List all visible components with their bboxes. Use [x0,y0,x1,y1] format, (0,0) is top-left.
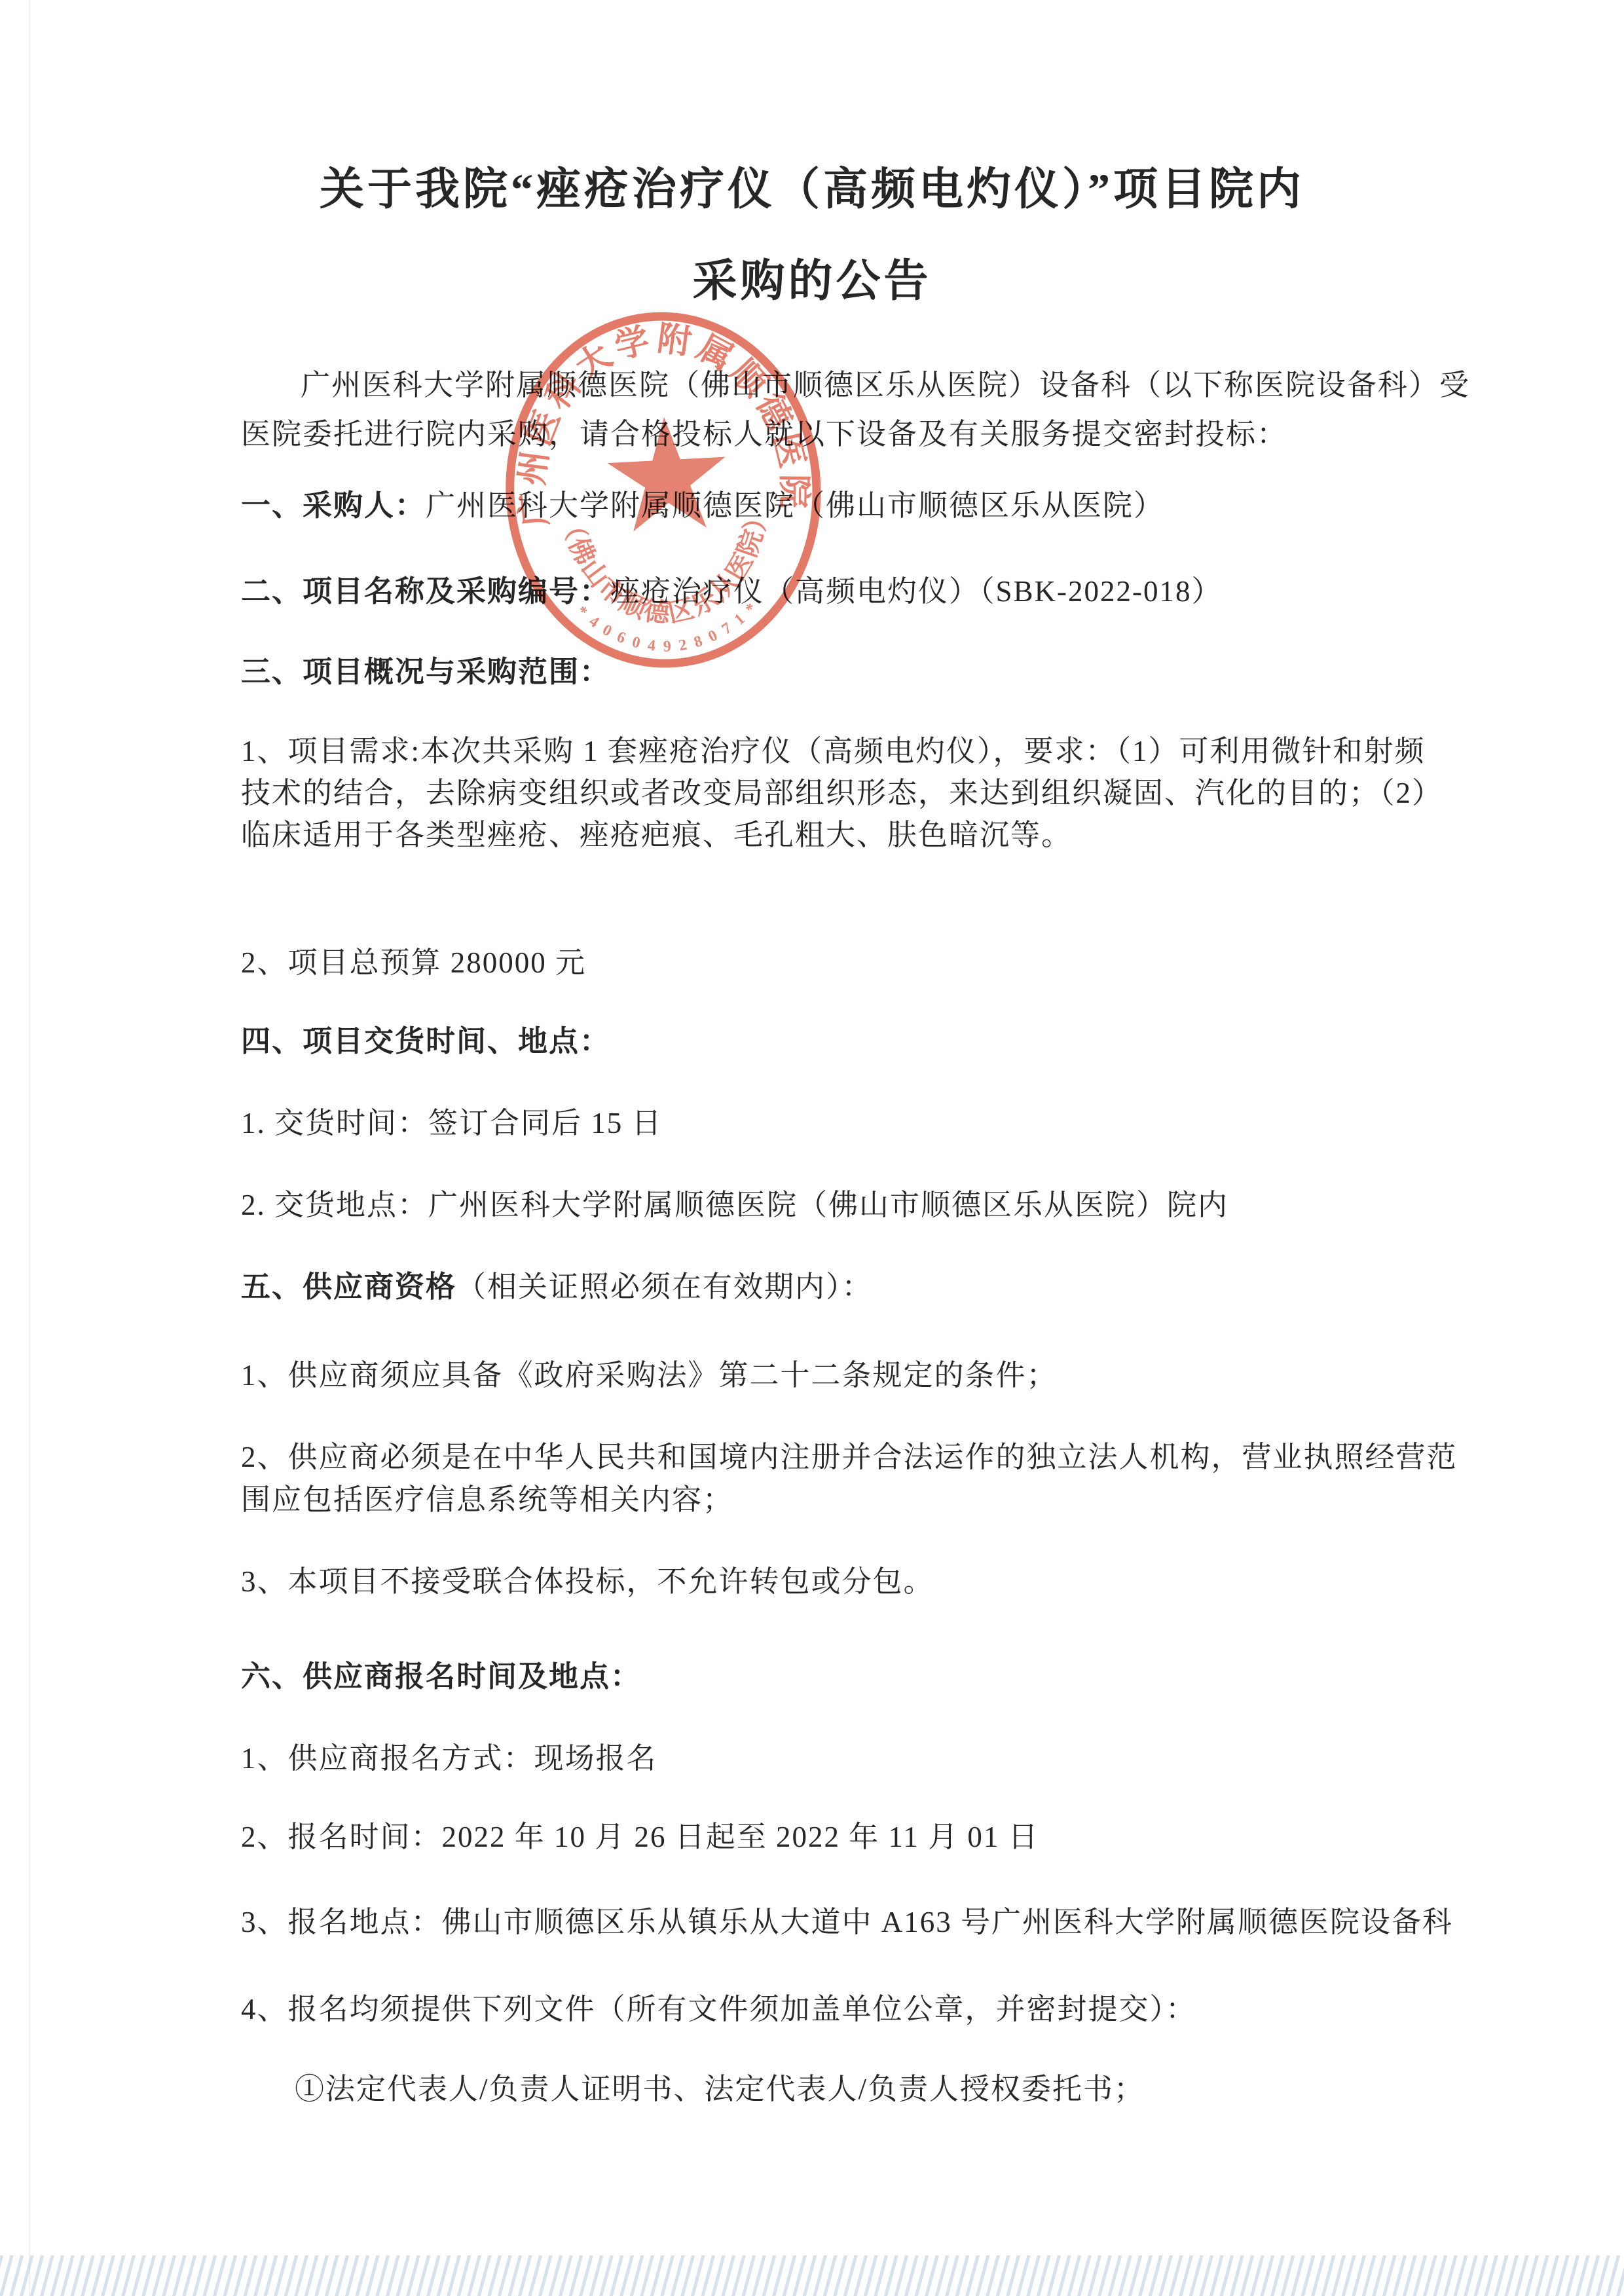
section-5-label-suffix: （相关证照必须在有效期内）： [456,1270,873,1303]
document-page: 关于我院“痤疮治疗仪（高频电灼仪）”项目院内 采购的公告 广州医科大学附属顺德医… [0,0,1624,2296]
seal-star-icon [605,414,729,532]
section-3-item-2-budget: 2、项目总预算 280000 元 [241,942,586,984]
scan-edge-artifact [29,0,30,2296]
section-6-item-4-sub-1: ①法定代表人/负责人证明书、法定代表人/负责人授权委托书； [295,2068,1145,2110]
section-1-label: 一、采购人： [241,489,426,522]
section-3-item-1-line-2: 技术的结合，去除病变组织或者改变局部组织形态，来达到组织凝固、汽化的目的；（2） [241,772,1443,814]
page-title-line-1: 关于我院“痤疮治疗仪（高频电灼仪）”项目院内 [0,159,1624,219]
scan-bottom-stripe-artifact [0,2255,1624,2296]
section-5-item-2-line-2: 围应包括医疗信息系统等相关内容； [241,1479,733,1521]
section-5-heading: 五、供应商资格（相关证照必须在有效期内）： [241,1266,873,1308]
section-5-label: 五、供应商资格 [241,1270,456,1303]
section-6-item-3-place: 3、报名地点：佛山市顺德区乐从镇乐从大道中 A163 号广州医科大学附属顺德医院… [241,1901,1453,1943]
section-3-item-1-line-3: 临床适用于各类型痤疮、痤疮疤痕、毛孔粗大、肤色暗沉等。 [241,814,1072,856]
section-6-item-1-method: 1、供应商报名方式：现场报名 [241,1737,657,1779]
section-4-heading: 四、项目交货时间、地点： [241,1020,610,1062]
section-6-item-2-time: 2、报名时间：2022 年 10 月 26 日起至 2022 年 11 月 01… [241,1816,1039,1858]
intro-line-1: 广州医科大学附属顺德医院（佛山市顺德区乐从医院）设备科（以下称医院设备科）受 [301,364,1470,406]
section-5-item-1: 1、供应商须应具备《政府采购法》第二十二条规定的条件； [241,1354,1058,1396]
section-6-heading: 六、供应商报名时间及地点： [241,1656,641,1697]
section-4-item-2-delivery-place: 2. 交货地点：广州医科大学附属顺德医院（佛山市顺德区乐从医院）院内 [241,1184,1228,1226]
section-3-item-1-line-1: 1、项目需求:本次共采购 1 套痤疮治疗仪（高频电灼仪），要求：（1）可利用微针… [241,730,1426,772]
section-5-item-3: 3、本项目不接受联合体投标，不允许转包或分包。 [241,1561,934,1602]
section-6-item-4-documents: 4、报名均须提供下列文件（所有文件须加盖单位公章，并密封提交）： [241,1988,1196,2030]
section-4-item-1-delivery-time: 1. 交货时间：签订合同后 15 日 [241,1102,663,1144]
section-5-item-2-line-1: 2、供应商必须是在中华人民共和国境内注册并合法运作的独立法人机构，营业执照经营范 [241,1436,1458,1478]
official-seal: 广州医科大学附属顺德医院 （佛山市顺德区乐从医院） *40604928071* [496,303,833,680]
